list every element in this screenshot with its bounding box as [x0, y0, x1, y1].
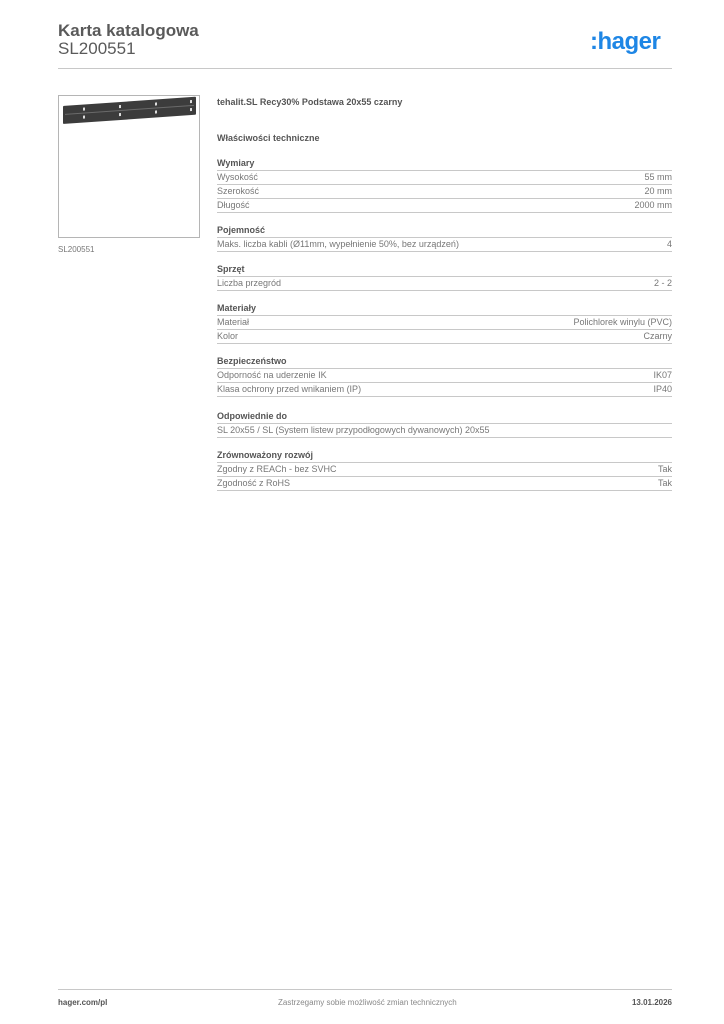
spec-label: Zgodność z RoHS [217, 477, 290, 490]
spec-label: Długość [217, 199, 250, 212]
spec-group-title: Pojemność [217, 224, 672, 238]
spec-group-title: Wymiary [217, 157, 672, 171]
website-link[interactable]: hager.com/pl [58, 998, 107, 1007]
spec-row: MateriałPolichlorek winylu (PVC) [217, 316, 672, 330]
spec-value: 55 mm [644, 171, 672, 184]
spec-label: Maks. liczba kabli (Ø11mm, wypełnienie 5… [217, 238, 459, 251]
spec-value: IK07 [653, 369, 672, 382]
footer-divider [58, 989, 672, 990]
spec-value: 2000 mm [634, 199, 672, 212]
spec-value: 4 [667, 238, 672, 251]
hager-logo: :hager [590, 28, 660, 56]
spec-label: Kolor [217, 330, 238, 343]
spec-label: SL 20x55 / SL (System listew przypodłogo… [217, 424, 489, 437]
product-image [58, 95, 200, 238]
spec-value: Tak [658, 463, 672, 476]
spec-group: MateriałyMateriałPolichlorek winylu (PVC… [217, 302, 672, 344]
spec-row: SL 20x55 / SL (System listew przypodłogo… [217, 424, 672, 438]
header-divider [58, 68, 672, 69]
spec-row: Liczba przegród2 - 2 [217, 277, 672, 291]
spec-group-title: Bezpieczeństwo [217, 355, 672, 369]
spec-group-title: Zrównoważony rozwój [217, 449, 672, 463]
spec-row: Szerokość20 mm [217, 185, 672, 199]
spec-group: Odpowiednie doSL 20x55 / SL (System list… [217, 410, 672, 438]
spec-row: Odporność na uderzenie IKIK07 [217, 369, 672, 383]
spec-row: Zgodny z REACh - bez SVHCTak [217, 463, 672, 477]
product-name: tehalit.SL Recy30% Podstawa 20x55 czarny [217, 95, 672, 109]
spec-row: Klasa ochrony przed wnikaniem (IP)IP40 [217, 383, 672, 397]
spec-value: Czarny [643, 330, 672, 343]
spec-groups: WymiaryWysokość55 mmSzerokość20 mmDługoś… [217, 157, 672, 491]
spec-label: Materiał [217, 316, 249, 329]
spec-row: KolorCzarny [217, 330, 672, 344]
image-caption: SL200551 [58, 245, 94, 254]
spec-group: SprzętLiczba przegród2 - 2 [217, 263, 672, 291]
spec-label: Odporność na uderzenie IK [217, 369, 327, 382]
spec-row: Wysokość55 mm [217, 171, 672, 185]
spec-value: Tak [658, 477, 672, 490]
page-title: Karta katalogowa [58, 21, 199, 41]
spec-content: tehalit.SL Recy30% Podstawa 20x55 czarny… [217, 95, 672, 502]
spec-row: Zgodność z RoHSTak [217, 477, 672, 491]
spec-label: Zgodny z REACh - bez SVHC [217, 463, 337, 476]
product-code: SL200551 [58, 39, 136, 59]
technical-properties-title: Właściwości techniczne [217, 131, 672, 145]
spec-group-title: Odpowiednie do [217, 410, 672, 424]
footer-date: 13.01.2026 [632, 998, 672, 1007]
spec-group-title: Sprzęt [217, 263, 672, 277]
spec-label: Klasa ochrony przed wnikaniem (IP) [217, 383, 361, 396]
spec-value: 20 mm [644, 185, 672, 198]
spec-label: Szerokość [217, 185, 259, 198]
spec-label: Wysokość [217, 171, 258, 184]
footer-notice: Zastrzegamy sobie możliwość zmian techni… [278, 998, 457, 1007]
spec-group: Zrównoważony rozwójZgodny z REACh - bez … [217, 449, 672, 491]
spec-label: Liczba przegród [217, 277, 281, 290]
cable-trunking-base-image [63, 97, 196, 124]
spec-row: Długość2000 mm [217, 199, 672, 213]
spec-row: Maks. liczba kabli (Ø11mm, wypełnienie 5… [217, 238, 672, 252]
spec-group: BezpieczeństwoOdporność na uderzenie IKI… [217, 355, 672, 397]
spec-group: WymiaryWysokość55 mmSzerokość20 mmDługoś… [217, 157, 672, 213]
spec-value: Polichlorek winylu (PVC) [573, 316, 672, 329]
spec-value: IP40 [653, 383, 672, 396]
spec-group-title: Materiały [217, 302, 672, 316]
spec-group: PojemnośćMaks. liczba kabli (Ø11mm, wype… [217, 224, 672, 252]
spec-value: 2 - 2 [654, 277, 672, 290]
